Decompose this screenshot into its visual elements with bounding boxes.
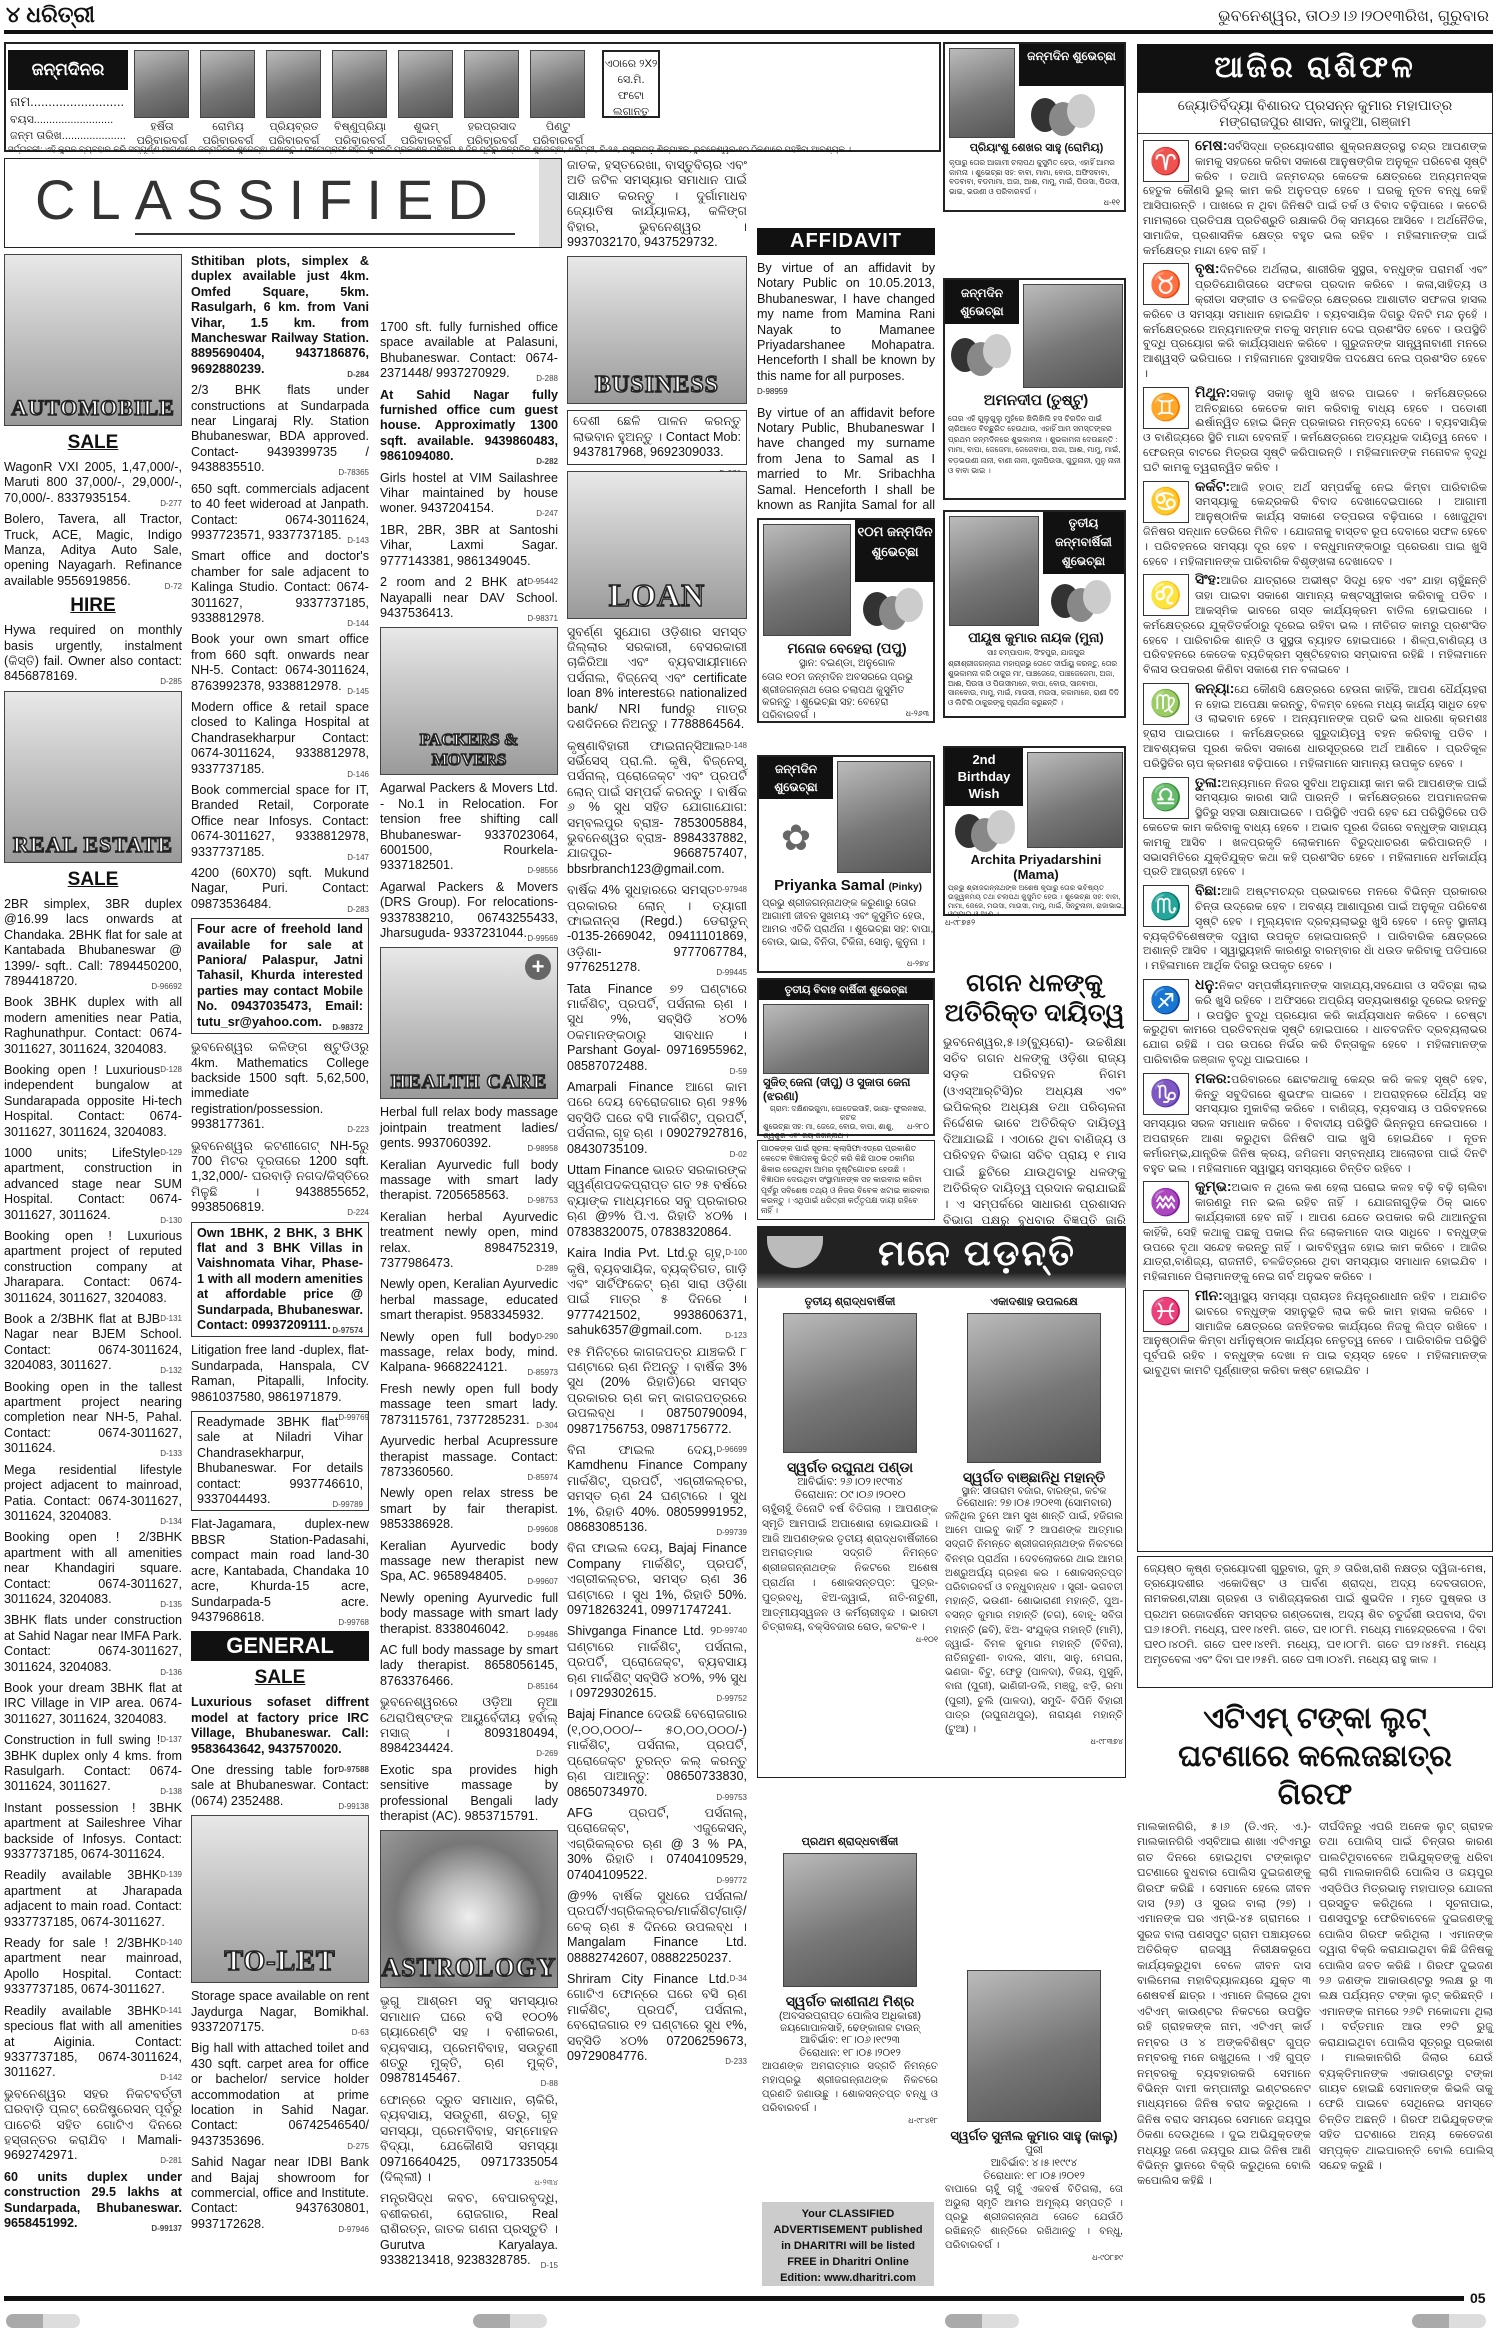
- ad-code: D-98556: [527, 863, 558, 878]
- classified-column-2: Sthitiban plots, simplex & duplex availa…: [191, 254, 369, 2238]
- obituary-occasion: ପ୍ରଥମ ଶ୍ରାଦ୍ଧବାର୍ଷିକୀ: [762, 1836, 938, 1849]
- classified-ad[interactable]: Flat-Jagamara, duplex-new BBSR Station-P…: [191, 1517, 369, 1625]
- ad-code: D-96699: [716, 1442, 747, 1457]
- real-estate-sale-heading: SALE: [4, 869, 182, 891]
- child-name: ପିଣ୍ଟୁ: [526, 120, 590, 134]
- child-photo: [1027, 752, 1123, 848]
- ad-text: AFG ପ୍ରପର୍ଟି, ପର୍ସନାଲ୍, ପ୍ରୋଜେକ୍ଟ, ଏଜୁକେ…: [567, 1806, 747, 1882]
- person-photo: [967, 1313, 1101, 1463]
- classified-ad[interactable]: Newly open relax stress be smart by fair…: [380, 1486, 558, 1532]
- ad-text: Readily available 3BHK specious flat wit…: [4, 2004, 182, 2080]
- ad-code: D-285: [160, 674, 182, 689]
- ad-code: D-59: [730, 1064, 747, 1079]
- birthday-wish-card: 2nd Birthday Wish Archita Priyadarshini …: [943, 746, 1126, 916]
- packers-movers-section-image: PACKERS & MOVERS: [380, 627, 558, 775]
- classified-ad[interactable]: Shriram City Finance Ltd. ଗୋଟିଏ ଫୋନ୍‌ରେ …: [567, 1972, 747, 2064]
- classified-ad[interactable]: Bajaj Finance ଦେଉଛି ବେରୋଜଗାର (୧,୦୦,୦୦୦/-…: [567, 1707, 747, 1799]
- child-photo: [266, 50, 321, 118]
- aquarius-icon: ♒: [1143, 1181, 1189, 1223]
- sign-name: କନ୍ୟା:: [1195, 681, 1234, 696]
- classified-ad[interactable]: Herbal full relax body massage jointpain…: [380, 1105, 558, 1151]
- ad-code: D-99768: [338, 1615, 369, 1630]
- horoscope-address: ମଙ୍ଗରାଜପୁର ଶାସନ, କାଦୁଆ, ଗଞ୍ଜାମ: [1138, 114, 1492, 134]
- classified-ad[interactable]: 60 units duplex under construction 29.5 …: [4, 2170, 182, 2232]
- classified-ad[interactable]: ଭୁବନେଶ୍ୱରରେ ଓଡ଼ିଆ ନୂଆ ଥେରାପିଷ୍ଟଙ୍କ ଆୟୁର୍…: [380, 1695, 558, 1757]
- ad-code: D-97574: [332, 1323, 363, 1338]
- affidavit-column: AFFIDAVIT By virtue of an affidavit by N…: [757, 228, 935, 550]
- ad-code: D-99753: [716, 1790, 747, 1805]
- sign-name: ମେଷ:: [1195, 138, 1227, 153]
- child-name: ବିଷ୍ଣୁପ୍ରିୟା: [328, 120, 392, 134]
- ad-text: Amarpali Finance ଆଗେ କାମ ପରେ ଦେୟ ବେରୋଜଗା…: [567, 1080, 747, 1156]
- classified-ad[interactable]: WagonR VXI 2005, 1,47,000/-, Maruti 800 …: [4, 460, 182, 506]
- obituary-name: ସ୍ୱର୍ଗତ କାଶୀନାଥ ମିଶ୍ର: [762, 1993, 938, 2010]
- balloon-icon: [1051, 580, 1121, 626]
- classified-ad[interactable]: Ready for sale ! 2/3BHK apartment near m…: [4, 1936, 182, 1998]
- horoscope-sign: ♍କନ୍ୟା:ଯେ କୌଣସି କ୍ଷେତ୍ରରେ ହେଉନା କାହିଁକି,…: [1143, 681, 1487, 772]
- ad-code: D-15: [541, 2258, 558, 2273]
- ad-code: D-288: [536, 371, 558, 386]
- ad-code: D-136: [160, 1665, 182, 1680]
- wish-name-text: Priyanka Samal: [774, 877, 885, 894]
- ad-code: D-99752: [716, 1691, 747, 1706]
- ad-text: ସୁବର୍ଣ୍ଣ ସୁଯୋଗ ଓଡ଼ିଶାର ସମସ୍ତ ଜିଲ୍ଲାର ସରକ…: [567, 625, 747, 731]
- child-name: ହର୍ଷିତା: [130, 120, 194, 134]
- classified-ad[interactable]: ଭୃଗୁ ଆଶ୍ରମ ସବୁ ସମସ୍ୟାର ସମାଧାନ ଘରେ ବସି ୧୦…: [380, 1994, 558, 2086]
- ad-code: D-247: [536, 506, 558, 521]
- taurus-icon: ♉: [1143, 263, 1189, 305]
- classified-ad[interactable]: Keralian Ayurvedic full body massage wit…: [380, 1158, 558, 1204]
- ad-code: D-98958: [527, 1141, 558, 1156]
- classified-ad[interactable]: 1700 sft. fully furnished office space a…: [380, 320, 558, 382]
- classified-ad[interactable]: Book a 2/3BHK flat at BJB Nagar near BJE…: [4, 1312, 182, 1374]
- ad-text: Book your own smart office from 660 sqft…: [191, 632, 369, 692]
- ad-text: ଭୁବନେଶ୍ୱର କଟଣୀଗେଟ୍ NH-5ରୁ 700 ମିଟର ଦୂରତା…: [191, 1139, 369, 1215]
- ad-code: D-233: [725, 2054, 747, 2069]
- ad-code: D-133: [160, 1446, 182, 1461]
- child-photo: [398, 50, 453, 118]
- obituary-died: ତିରୋଧାନ: ୦୯।୦୬।୨୦୧୦: [762, 1489, 938, 1502]
- classified-ad[interactable]: Newly opening Ayurvedic full body massag…: [380, 1591, 558, 1637]
- wish-tag: ଜନ୍ମଦିନ ଶୁଭେଚ୍ଛା: [759, 757, 833, 799]
- ad-text: Exotic spa provides high sensitive massa…: [380, 1763, 558, 1823]
- horoscope-sign: ♎ତୁଳା:ଅନ୍ୟମାନେ ନିଜର ସୁବିଧା ଅନୁଯାୟୀ କାମ କ…: [1143, 775, 1487, 881]
- affidavit-title: AFFIDAVIT: [757, 228, 935, 255]
- loan-caption: LOAN: [568, 577, 746, 614]
- aries-icon: ♈: [1143, 140, 1189, 182]
- obituary-born: ଆବିର୍ଭାବ: ୨୬।୦୨।୧୯୩୪: [762, 1476, 938, 1489]
- ad-text: 2BR simplex, 3BR duplex @16.99 lacs onwa…: [4, 897, 182, 988]
- wish-tag: ତୃତୀୟ ବିବାହ ବାର୍ଷିକୀ ଶୁଭେଚ୍ଛା: [759, 980, 933, 1000]
- plus-icon: +: [525, 954, 551, 980]
- classified-ad[interactable]: Newly open full body massage, relax body…: [380, 1330, 558, 1376]
- classified-ad[interactable]: Book commercial space for IT, Branded Re…: [191, 783, 369, 860]
- classified-ad[interactable]: Fresh newly open full body massage teen …: [380, 1382, 558, 1428]
- ad-text: Book your dream 3BHK flat at IRC Village…: [4, 1681, 182, 1726]
- coupon-title: ଜନ୍ମଦିନର ଶୁଭେଚ୍ଛା: [8, 50, 128, 90]
- classified-ad[interactable]: Smart office and doctor's chamber for sa…: [191, 549, 369, 626]
- classified-ad[interactable]: Four acre of freehold land available for…: [191, 918, 369, 1034]
- ad-code: D-99772: [716, 1873, 747, 1888]
- wish-name: Priyanka Samal (Pinky): [761, 877, 935, 894]
- header-rule: [4, 30, 1493, 34]
- sign-name: ମକର:: [1195, 1071, 1231, 1086]
- obituary-item: ଏକାଦଶାହ ଉପଲକ୍ଷେ ସ୍ୱର୍ଗତ ବାଞ୍ଛାନିଧି ମହାନ୍…: [945, 1296, 1123, 1747]
- ad-text: Flat-Jagamara, duplex-new BBSR Station-P…: [191, 1517, 369, 1623]
- ad-text: Litigation free land -duplex, flat- Sund…: [191, 1343, 369, 1403]
- pisces-icon: ♓: [1143, 1290, 1189, 1332]
- ad-code: D-98371: [527, 611, 558, 626]
- wish-name: ସୁଜିତ୍ ଜେନା (ଦୀପୁ) ଓ ସୁଜାତା ଜେନା (ଝରଣା): [763, 1076, 933, 1104]
- person-photo: [967, 1970, 1101, 2122]
- sign-name: କର୍କଟ:: [1195, 479, 1230, 494]
- classified-ad[interactable]: Girls hostel at VIM Sailashree Vihar mai…: [380, 471, 558, 517]
- ad-code: ଧ-୨୩୪: [535, 2175, 558, 2190]
- obituary-text: ବାପାରେ ଚାହୁଁ ଚାହୁଁ ଏକବର୍ଷ ବିତିଗଲା, ତୋ ଅଭ…: [945, 2183, 1123, 2253]
- coupon-terms: ସର୍ତ୍ତାବଳୀ: ଏହି କୁପନ ବ୍ୟବହାର କରି ସମ୍ପୂର୍…: [8, 144, 938, 154]
- classified-ad[interactable]: Readily available 3BHK apartment at Jhar…: [4, 1868, 182, 1930]
- horoscope-signs: ♈ମେଷ:ସର୍ବସିଦ୍ଧା ତ୍ରୟୋଦଶୀର ଶୁକ୍ରନକ୍ଷତ୍ରସ୍…: [1138, 138, 1492, 1379]
- classified-ad[interactable]: Readily available 3BHK specious flat wit…: [4, 2004, 182, 2081]
- classified-ad[interactable]: 1BR, 2BR, 3BR at Santoshi Vihar, Laxmi S…: [380, 523, 558, 569]
- classified-ad[interactable]: 2/3 BHK flats under constructions at Sun…: [191, 383, 369, 475]
- ad-code: D-147: [347, 850, 369, 865]
- birthday-wish-card: ଜନ୍ମଦିନ ଶୁଭେଚ୍ଛା ଅମନଦୀପ (ତୁଷ୍ଟୁ) ତୋର ଏହି…: [943, 278, 1126, 500]
- child-photo: [1023, 284, 1123, 388]
- news-article-2: ଏଟିଏମ୍ ଟଙ୍କା ଲୁଟ୍ ଘଟଣାରେ କଲେଜଛାତ୍ର ଗିରଫ …: [1137, 1700, 1493, 2190]
- child-name: ରୋମିୟ: [196, 120, 260, 134]
- ad-text: Book a 2/3BHK flat at BJB Nagar near BJE…: [4, 1312, 182, 1372]
- sign-text: ପରିବାରରେ ଛୋଟକଥାକୁ କେନ୍ଦ୍ର କରି କଳହ ସୃଷ୍ଟି…: [1143, 1074, 1487, 1175]
- classified-ad[interactable]: @୨% ବାର୍ଷିକ ସୁଧରେ ପର୍ସନାଲ/ ପ୍ରପର୍ଟି/ଏଗ୍ର…: [567, 1889, 747, 1966]
- horoscope-sign: ♐ଧନୁ:ନିକଟ ସମ୍ପର୍କୀୟମାନଙ୍କ ସାହାଯ୍ୟ,ସହଯୋଗ …: [1143, 977, 1487, 1068]
- classified-ad[interactable]: AFG ପ୍ରପର୍ଟି, ପର୍ସନାଲ୍, ପ୍ରୋଜେକ୍ଟ, ଏଜୁକେ…: [567, 1806, 747, 1883]
- sign-name: ବୃଷ:: [1195, 261, 1220, 276]
- obituary-name: ସ୍ୱର୍ଗତ ରଘୁନାଥ ପଣ୍ଡା: [762, 1459, 938, 1476]
- to-let-caption: TO-LET: [192, 1946, 368, 1978]
- classified-ad[interactable]: Tata Finance ୭୨ ଘଣ୍ଟାରେ ମାର୍କଶିଟ୍, ପ୍ରପର…: [567, 982, 747, 1074]
- obituary-item: ସ୍ୱର୍ଗତ ସୁନୀଲ କୁମାର ସାହୁ (କାଲୁ) ପୁରୀ ଆବି…: [945, 1970, 1123, 2263]
- astrology-section-image: ASTROLOGY: [380, 1830, 558, 1988]
- news-article-1: ଗଗନ ଧଳଙ୍କୁ ଅତିରିକ୍ତ ଦାୟିତ୍ୱ ଭୁବନେଶ୍ୱର,୫।…: [943, 968, 1126, 1245]
- ad-text: Own 1BHK, 2 BHK, 3 BHK flat and 3 BHK Vi…: [197, 1226, 363, 1332]
- footer-rule: [4, 2296, 1464, 2301]
- ad-text: Booking open ! 2/3BHK apartment with all…: [4, 1530, 182, 1606]
- person-photo: [837, 761, 931, 873]
- wish-tag: ଜନ୍ମଦିନ ଶୁଭେଚ୍ଛା: [1019, 44, 1124, 86]
- ad-text: @୨% ବାର୍ଷିକ ସୁଧରେ ପର୍ସନାଲ/ ପ୍ରପର୍ଟି/ଏଗ୍ର…: [567, 1889, 747, 1965]
- classified-title: CLASSIFIED: [35, 167, 502, 232]
- classified-ad[interactable]: କୃଷ୍ଣାବିହାରୀ ଫାଇନାନ୍ସିଆଲ ସର୍ଭିସେସ୍ ପ୍ରା.…: [567, 739, 747, 878]
- ad-text: ମନ୍ତ୍ରସିଦ୍ଧ କବଚ, ବେପାରବୃଦ୍ଧି, ବଶୀକରଣ, ରୋ…: [380, 2191, 558, 2267]
- classified-ad[interactable]: ଫୋନ୍‌ରେ ଦ୍ରୁତ ସମାଧାନ, ଚାକିରି, ବ୍ୟବସାୟ, ସ…: [380, 2093, 558, 2185]
- obituary-text: ଜଳିଥିଲ ତୁମେ ଆମ ସୁଖ ଶାନ୍ତି ପାଇଁ, ହଜିଗଲ ଆମ…: [945, 1510, 1123, 1737]
- ad-text: Bajaj Finance ଦେଉଛି ବେରୋଜଗାର (୧,୦୦,୦୦୦/-…: [567, 1707, 747, 1798]
- ad-text: Storage space available on rent Jaydurga…: [191, 1989, 369, 2034]
- page-tab-marker: [473, 2314, 547, 2328]
- obituary-code: ଧ-୯୮୩୭୪: [945, 1737, 1123, 1747]
- ad-text: Sahid Nagar near IDBI Bank and Bajaj sho…: [191, 2155, 369, 2231]
- ad-text: Luxurious sofaset diffrent model at fact…: [191, 1695, 369, 1755]
- horoscope-title: ଆଜିର ରାଶିଫଳ: [1137, 44, 1493, 92]
- ad-text: ଫୋନ୍‌ରେ ଦ୍ରୁତ ସମାଧାନ, ଚାକିରି, ବ୍ୟବସାୟ, ସ…: [380, 2093, 558, 2184]
- ad-code: D-99445: [716, 965, 747, 980]
- ad-text: ବିନା ଫାଇଲ ଦେୟ, Bajaj Finance Company ମାର…: [567, 1541, 747, 1617]
- wish-text: ତୋର ଏହି ଗୁଲୁଗୁଲୁ ମୁହଁରେ ଖିଲିଖିଲି ହସ ଚିରଦ…: [948, 414, 1124, 476]
- ad-code: D-99740: [716, 1623, 747, 1638]
- classified-ad[interactable]: 650 sqft. commercials adjacent to 40 fee…: [191, 482, 369, 544]
- ad-code: D-97588: [338, 1762, 369, 1777]
- ad-code: D-143: [347, 533, 369, 548]
- horoscope-sign: ♌ସିଂହ:ଆଜିର ଯାତ୍ରାରେ ଅଭୀଷ୍ଟ ସିଦ୍ଧି ହେବ ଏବ…: [1143, 572, 1487, 678]
- classified-ad[interactable]: Mega residential lifestyle project adjac…: [4, 1463, 182, 1525]
- classified-ad[interactable]: Storage space available on rent Jaydurga…: [191, 1989, 369, 2035]
- ad-code: D-99608: [527, 1522, 558, 1537]
- wish-text: କୃପାରୁ ତୋର ଆଗାମୀ ଚଲାପଥ କୁସୁମିତ ହେଉ, ଏହାହ…: [949, 158, 1124, 202]
- classified-ad[interactable]: ଭୁବନେଶ୍ୱର ସହର ନିକଟବର୍ତ୍ତୀ ଘରବାଡ଼ି ପ୍ଲଟ୍ …: [4, 2087, 182, 2164]
- ad-text: At Sahid Nagar fully furnished office cu…: [380, 388, 558, 464]
- obituary-title: ମନେ ପଡ଼ନ୍ତି: [837, 1232, 1117, 1275]
- birthday-wish-card: ଜନ୍ମଦିନ ଶୁଭେଚ୍ଛା ✿ Priyanka Samal (Pinky…: [757, 755, 935, 973]
- ad-code: D-131: [160, 1311, 182, 1326]
- ad-code: D-99138: [338, 1799, 369, 1814]
- obituary-item: ତୃତୀୟ ଶ୍ରାଦ୍ଧବାର୍ଷିକୀ ସ୍ୱର୍ଗତ ରଘୁନାଥ ପଣ୍…: [762, 1296, 938, 1645]
- classified-ad[interactable]: ମନ୍ତ୍ରସିଦ୍ଧ କବଚ, ବେପାରବୃଦ୍ଧି, ବଶୀକରଣ, ରୋ…: [380, 2191, 558, 2268]
- anniversary-wish-card: ତୃତୀୟ ବିବାହ ବାର୍ଷିକୀ ଶୁଭେଚ୍ଛା ସୁଜିତ୍ ଜେନ…: [757, 978, 935, 1136]
- classified-ad[interactable]: Newly open, Keralian Ayurvedic herbal ma…: [380, 1277, 558, 1323]
- to-let-section-image: TO-LET: [191, 1815, 369, 1983]
- wish-place: ସ୍ଥାନ: ବଇଣ୍ଡା, ଅନୁଗୋଳ: [761, 658, 933, 669]
- classified-ad[interactable]: 4200 (60X70) sqft. Mukund Nagar, Puri. C…: [191, 866, 369, 912]
- classified-ad[interactable]: Own 1BHK, 2 BHK, 3 BHK flat and 3 BHK Vi…: [191, 1222, 369, 1338]
- ad-code: D-99607: [527, 1574, 558, 1589]
- classified-ad[interactable]: Bolero, Tavera, all Tractor, Truck, ACE,…: [4, 512, 182, 589]
- wish-code: ଧ-୯୮୭୫୨: [945, 918, 975, 928]
- ad-code: D-283: [347, 902, 369, 917]
- classified-ad[interactable]: Construction in full swing ! 3BHK duplex…: [4, 1733, 182, 1795]
- auto-hire-heading: HIRE: [4, 595, 182, 617]
- child-photo: [200, 50, 255, 118]
- ad-text: Construction in full swing ! 3BHK duplex…: [4, 1733, 182, 1793]
- classified-ad[interactable]: Keralian Ayurvedic body massage new ther…: [380, 1539, 558, 1585]
- ad-code: D-141: [160, 2003, 182, 2018]
- page-tab-marker: [945, 2314, 1019, 2328]
- obituary-died: ତିରୋଧାନ: ୧୮।୦୫।୨୦୧୨: [762, 2047, 938, 2060]
- horoscope-sign: ♋କର୍କଟ:ଆଜି ହଠାତ୍ ଅର୍ଥ ସମ୍ପର୍କକୁ ନେଇ କିମ୍…: [1143, 479, 1487, 570]
- ad-code: D-145: [347, 684, 369, 699]
- ad-code: D-269: [536, 1746, 558, 1761]
- classified-ad[interactable]: Exotic spa provides high sensitive massa…: [380, 1763, 558, 1825]
- wish-code: ଧ-୧୧: [1104, 198, 1120, 208]
- obituary-occasion: ତୃତୀୟ ଶ୍ରାଦ୍ଧବାର୍ଷିକୀ: [762, 1296, 938, 1309]
- ad-text: By virtue of an affidavit before Notary …: [757, 406, 935, 528]
- classified-ad[interactable]: 3BHK flats under construction at Sahid N…: [4, 1613, 182, 1675]
- gemini-icon: ♊: [1143, 387, 1189, 429]
- ad-code: D-140: [160, 1935, 182, 1950]
- child-photo: [949, 48, 1015, 138]
- sign-text: ନିକଟ ସମ୍ପର୍କୀୟମାନଙ୍କ ସାହାଯ୍ୟ,ସହଯୋଗ ଓ ସଦି…: [1143, 980, 1487, 1066]
- classified-ad[interactable]: ଦେଶୀ ଛେଳି ପାଳନ କରନ୍ତୁ ଲାଭବାନ ହୁଅନ୍ତୁ । C…: [567, 410, 747, 464]
- wish-place: ଗ୍ରାମ: ଦକ୍ଷିଣଭଗୁମା, ଘୋଡେଇସାହି, ଭାୟା- ଫୁଲ…: [763, 1104, 933, 1122]
- obituary-place: ପୁରୀ: [945, 2144, 1123, 2157]
- sign-name: ମିଥୁନ:: [1195, 385, 1230, 400]
- ad-code: D-02: [730, 1147, 747, 1162]
- horoscope-box: ଜ୍ୟୋତିର୍ବିଦ୍ୟା ବିଶାରଦ ପ୍ରସନ୍ନ କୁମାର ମହାପ…: [1137, 92, 1493, 1552]
- ad-code: D-95442: [527, 574, 558, 589]
- ad-text: 1BR, 2BR, 3BR at Santoshi Vihar, Laxmi S…: [380, 523, 558, 568]
- classified-ad[interactable]: ଭୁବନେଶ୍ୱର କଟଣୀଗେଟ୍ NH-5ରୁ 700 ମିଟର ଦୂରତା…: [191, 1139, 369, 1216]
- classified-ad[interactable]: Uttam Finance ଭାରତ ସରକାରଙ୍କ ସ୍ୱର୍ଣ୍ଣପଦକପ…: [567, 1163, 747, 1240]
- classified-column-1: AUTOMOBILE SALE WagonR VXI 2005, 1,47,00…: [4, 254, 182, 2237]
- ad-code: D-123: [725, 1328, 747, 1343]
- classified-ad[interactable]: AC full body massage by smart lady thera…: [380, 1643, 558, 1689]
- classified-ad[interactable]: 2BR simplex, 3BR duplex @16.99 lacs onwa…: [4, 897, 182, 989]
- oil-lamp-icon: [767, 1236, 823, 1268]
- classified-ad[interactable]: At Sahid Nagar fully furnished office cu…: [380, 388, 558, 465]
- classified-ad[interactable]: Instant possession ! 3BHK apartment at S…: [4, 1801, 182, 1863]
- ad-text: Smart office and doctor's chamber for sa…: [191, 549, 369, 625]
- classified-ad[interactable]: ୧୫ ମିନିଟ୍‌ରେ କାଗଜପତ୍ର ଯାଞ୍ଚକରି ୮ ଘଣ୍ଟାରେ…: [567, 1345, 747, 1437]
- person-photo: [783, 1853, 917, 1987]
- ad-text: Girls hostel at VIM Sailashree Vihar mai…: [380, 471, 558, 516]
- ad-code: D-97946: [338, 2222, 369, 2237]
- classified-ad[interactable]: ସୁବର୍ଣ୍ଣ ସୁଯୋଗ ଓଡ଼ିଶାର ସମସ୍ତ ଜିଲ୍ଲାର ସରକ…: [567, 625, 747, 733]
- obituary-role: (ଅବସରପ୍ରାପ୍ତ ପୋଲିସ ଅଧିକାରୀ): [762, 2010, 938, 2023]
- wish-nickname: (Pinky): [889, 882, 922, 893]
- classified-ad[interactable]: Booking open ! Luxurious apartment proje…: [4, 1229, 182, 1306]
- ad-code: D-72: [165, 579, 182, 594]
- classified-ad[interactable]: Keralian herbal Ayurvedic treatment newl…: [380, 1210, 558, 1272]
- affidavit-ad[interactable]: By virtue of an affidavit by Notary Publ…: [757, 261, 935, 400]
- classified-ad[interactable]: Modern office & retail space closed to K…: [191, 700, 369, 777]
- classified-ad[interactable]: Sthitiban plots, simplex & duplex availa…: [191, 254, 369, 377]
- ad-code: D-96692: [151, 979, 182, 994]
- classified-ad[interactable]: Ayurvedic herbal Acupressure therapist m…: [380, 1434, 558, 1480]
- classified-ad[interactable]: Booking open in the tallest apartment pr…: [4, 1380, 182, 1457]
- classified-ad[interactable]: Agarwal Packers & Movers Ltd. - No.1 in …: [380, 781, 558, 873]
- wish-code: ଧ-୨୮୦: [907, 1122, 929, 1132]
- classified-ad[interactable]: Book your dream 3BHK flat at IRC Village…: [4, 1681, 182, 1727]
- ad-code: D-63: [352, 2025, 369, 2040]
- ad-text: Bolero, Tavera, all Tractor, Truck, ACE,…: [4, 512, 182, 588]
- classified-ad[interactable]: Book 3BHK duplex with all modern ameniti…: [4, 995, 182, 1057]
- classified-ad[interactable]: Book your own smart office from 660 sqft…: [191, 632, 369, 694]
- ad-text: Kaira India Pvt. Ltd.ରୁ ଗୃହ, କୃଷି, ବ୍ୟବସ…: [567, 1246, 747, 1337]
- obituary-text: ଚାହୁଁଚାହୁଁ ତିନୋଟି ବର୍ଷ ବିତିଗଲା । ଆପଣଙ୍କ …: [762, 1502, 938, 1635]
- classified-ad[interactable]: Amarpali Finance ଆଗେ କାମ ପରେ ଦେୟ ବେରୋଜଗା…: [567, 1080, 747, 1157]
- ad-text: 1000 units; LifeStyle apartment, constru…: [4, 1146, 182, 1222]
- sagittarius-icon: ♐: [1143, 979, 1189, 1021]
- ad-text: Newly open, Keralian Ayurvedic herbal ma…: [380, 1277, 558, 1322]
- classified-ad[interactable]: Readymade 3BHK flat sale at Niladri Viha…: [191, 1411, 369, 1511]
- classified-ad[interactable]: ଭୁବନେଶ୍ୱର କଳିଙ୍ଗ ଷ୍ଟୁଡିଓରୁ 4km. Mathemat…: [191, 1040, 369, 1132]
- classified-ad[interactable]: Sahid Nagar near IDBI Bank and Bajaj sho…: [191, 2155, 369, 2232]
- classified-ad[interactable]: ବିନା ଫାଇଲ ଦେୟ, Bajaj Finance Company ମାର…: [567, 1541, 747, 1618]
- obituary-name: ସ୍ୱର୍ଗତ ବାଞ୍ଛାନିଧି ମହାନ୍ତି: [945, 1469, 1123, 1486]
- capricorn-icon: ♑: [1143, 1073, 1189, 1115]
- promo-box[interactable]: Your CLASSIFIED ADVERTISEMENT published …: [762, 2202, 934, 2286]
- ad-text: 2/3 BHK flats under constructions at Sun…: [191, 383, 369, 474]
- obituary-banner: ମନେ ପଡ଼ନ୍ତି: [757, 1226, 1126, 1288]
- child-name: ଶୁଭମ୍: [394, 120, 458, 134]
- classified-ad[interactable]: Luxurious sofaset diffrent model at fact…: [191, 1695, 369, 1757]
- ad-code: D-99739: [716, 1525, 747, 1540]
- ad-code: D-129: [160, 1145, 182, 1160]
- ad-code: D-142: [160, 2070, 182, 2085]
- classified-ad[interactable]: Hywa required on monthly basis urgently,…: [4, 623, 182, 685]
- ad-code: D-98753: [527, 1193, 558, 1208]
- horoscope-sign: ♓ମୀନ:ସ୍ୱାସ୍ଥ୍ୟ ସମସ୍ୟା ପ୍ରାୟତଃ ନିୟନ୍ତ୍ରଣା…: [1143, 1288, 1487, 1379]
- classified-ad[interactable]: 1000 units; LifeStyle apartment, constru…: [4, 1146, 182, 1223]
- ad-code: D-98959: [757, 384, 935, 399]
- ad-code: D-85974: [527, 1470, 558, 1485]
- person-photo: [783, 1313, 917, 1453]
- ad-text: 3BHK flats under construction at Sahid N…: [4, 1613, 182, 1673]
- photo-slot[interactable]: ଏଠାରେ ୨X୨ ସେ.ମି. ଫଟୋ ଲଗାନ୍ତୁ: [602, 50, 660, 118]
- ad-text: Book commercial space for IT, Branded Re…: [191, 783, 369, 859]
- child-name: ପ୍ରିୟବ୍ରତ: [262, 120, 326, 134]
- flower-icon: ✿: [771, 817, 821, 877]
- wish-code: ଧ-୨୭୪: [907, 959, 929, 969]
- classified-ad[interactable]: Kaira India Pvt. Ltd.ରୁ ଗୃହ, କୃଷି, ବ୍ୟବସ…: [567, 1246, 747, 1338]
- ad-text: Booking open ! Luxurious independent bun…: [4, 1063, 182, 1139]
- ad-code: D-281: [160, 2153, 182, 2168]
- ad-code: D-135: [160, 1597, 182, 1612]
- obituary-item: ପ୍ରଥମ ଶ୍ରାଦ୍ଧବାର୍ଷିକୀ ସ୍ୱର୍ଗତ କାଶୀନାଥ ମି…: [762, 1836, 938, 2126]
- classified-ad[interactable]: Booking open ! Luxurious independent bun…: [4, 1063, 182, 1140]
- sign-text: ସର୍ବସିଦ୍ଧା ତ୍ରୟୋଦଶୀର ଶୁକ୍ରନକ୍ଷତ୍ରସ୍ଥ ଚନ୍…: [1143, 141, 1487, 257]
- automobile-section-image: AUTOMOBILE: [4, 254, 182, 426]
- news-headline: ଏଟିଏମ୍ ଟଙ୍କା ଲୁଟ୍ ଘଟଣାରେ କଲେଜଛାତ୍ର ଗିରଫ: [1137, 1700, 1493, 1814]
- classified-ad[interactable]: ଜାତକ, ହସ୍ତରେଖା, ବାସ୍ତୁବିଚାର ଏବଂ ଅତି ଜଟିଳ…: [567, 158, 747, 250]
- classified-ad[interactable]: Litigation free land -duplex, flat- Sund…: [191, 1343, 369, 1405]
- classified-ad[interactable]: Booking open ! 2/3BHK apartment with all…: [4, 1530, 182, 1607]
- obituary-place: ଜୟଗୋପାଳସାହି, ଢେଙ୍କାନାଳ ଟାଉନ୍: [762, 2023, 938, 2034]
- ad-code: D-275: [347, 2139, 369, 2154]
- page-tab-marker: [1412, 2314, 1486, 2328]
- news-body-col-1: ମାଲକାନଗିରି, ୫।୬ (ଡି.ଏନ୍. ଏ.)- ମାଲକାନଗିରି…: [1137, 1820, 1311, 2190]
- wish-text: ଶୁଭେଚ୍ଛା ସହ: ମା, ଜେଜେ, ବୋଉ, ବାପା, ଶାଶୁ, …: [763, 1122, 903, 1140]
- horoscope-sign: ♊ମିଥୁନ:ସକାଳୁ ସକାଳୁ ଖୁସି ଖବର ପାଇବେ । କର୍ମ…: [1143, 385, 1487, 476]
- child-name: ହରପ୍ରସାଦ: [460, 120, 524, 134]
- classified-ad[interactable]: Big hall with attached toilet and 430 sq…: [191, 2041, 369, 2149]
- sign-text: ଆଜି ଅଷ୍ଟମଚନ୍ଦ୍ର ପ୍ରଭାବରେ ମନରେ ବିଭିନ୍ନ ପ୍…: [1143, 886, 1487, 972]
- ad-text: ଭୃଗୁ ଆଶ୍ରମ ସବୁ ସମସ୍ୟାର ସମାଧାନ ଘରେ ବସି ୧୦…: [380, 1994, 558, 2085]
- panjika-box: ଜ୍ୟେଷ୍ଠ କୃଷ୍ଣ ତ୍ରୟୋଦଶୀ ଗୁରୁବାର, ଜୁନ୍ ୬ ତ…: [1137, 1556, 1493, 1688]
- ad-code: D-137: [160, 1732, 182, 1747]
- classified-ad[interactable]: Agarwal Packers & Movers (DRS Group). Fo…: [380, 880, 558, 942]
- balloon-icon: [863, 588, 933, 634]
- ad-code: D-34: [730, 1971, 747, 1986]
- child-photo: [134, 50, 189, 118]
- automobile-caption: AUTOMOBILE: [5, 395, 181, 421]
- wish-text: ପ୍ରଭୁ ଶ୍ରୀଜଗନ୍ନାଥଙ୍କ କରୁଣାରୁ ତୋର ଆଗାମୀ ଜ…: [762, 897, 934, 949]
- wish-tag: 2nd Birthday Wish: [945, 748, 1023, 806]
- ad-text: ଦେଶୀ ଛେଳି ପାଳନ କରନ୍ତୁ ଲାଭବାନ ହୁଅନ୍ତୁ । C…: [573, 414, 741, 459]
- obituary-code: ଧ-୯୦୮୭୯: [945, 2253, 1123, 2263]
- loan-section-image: LOAN: [567, 471, 747, 619]
- ad-code: D-99486: [527, 1627, 558, 1642]
- horoscope-sign: ♉ବୃଷ:ଦିନଟିରେ ଅର୍ଥଲାଭ, ଶାରୀରିକ ସୁସ୍ଥତା, ବ…: [1143, 261, 1487, 381]
- ad-code: D-130: [160, 1213, 182, 1228]
- wish-name: ପୀୟୂଷ କୁମାର ନାୟକ (ମୁନା): [947, 630, 1125, 646]
- ad-code: D-99137: [151, 2221, 182, 2236]
- ad-text: ଭୁବନେଶ୍ୱର କଳିଙ୍ଗ ଷ୍ଟୁଡିଓରୁ 4km. Mathemat…: [191, 1040, 369, 1131]
- ad-code: D-85164: [527, 1679, 558, 1694]
- cancer-icon: ♋: [1143, 481, 1189, 523]
- sign-text: ଆଜି ହଠାତ୍ ଅର୍ଥ ସମ୍ପର୍କକୁ ନେଇ କିମ୍ବା ପାରି…: [1143, 482, 1487, 568]
- balloon-icon: [951, 332, 1021, 392]
